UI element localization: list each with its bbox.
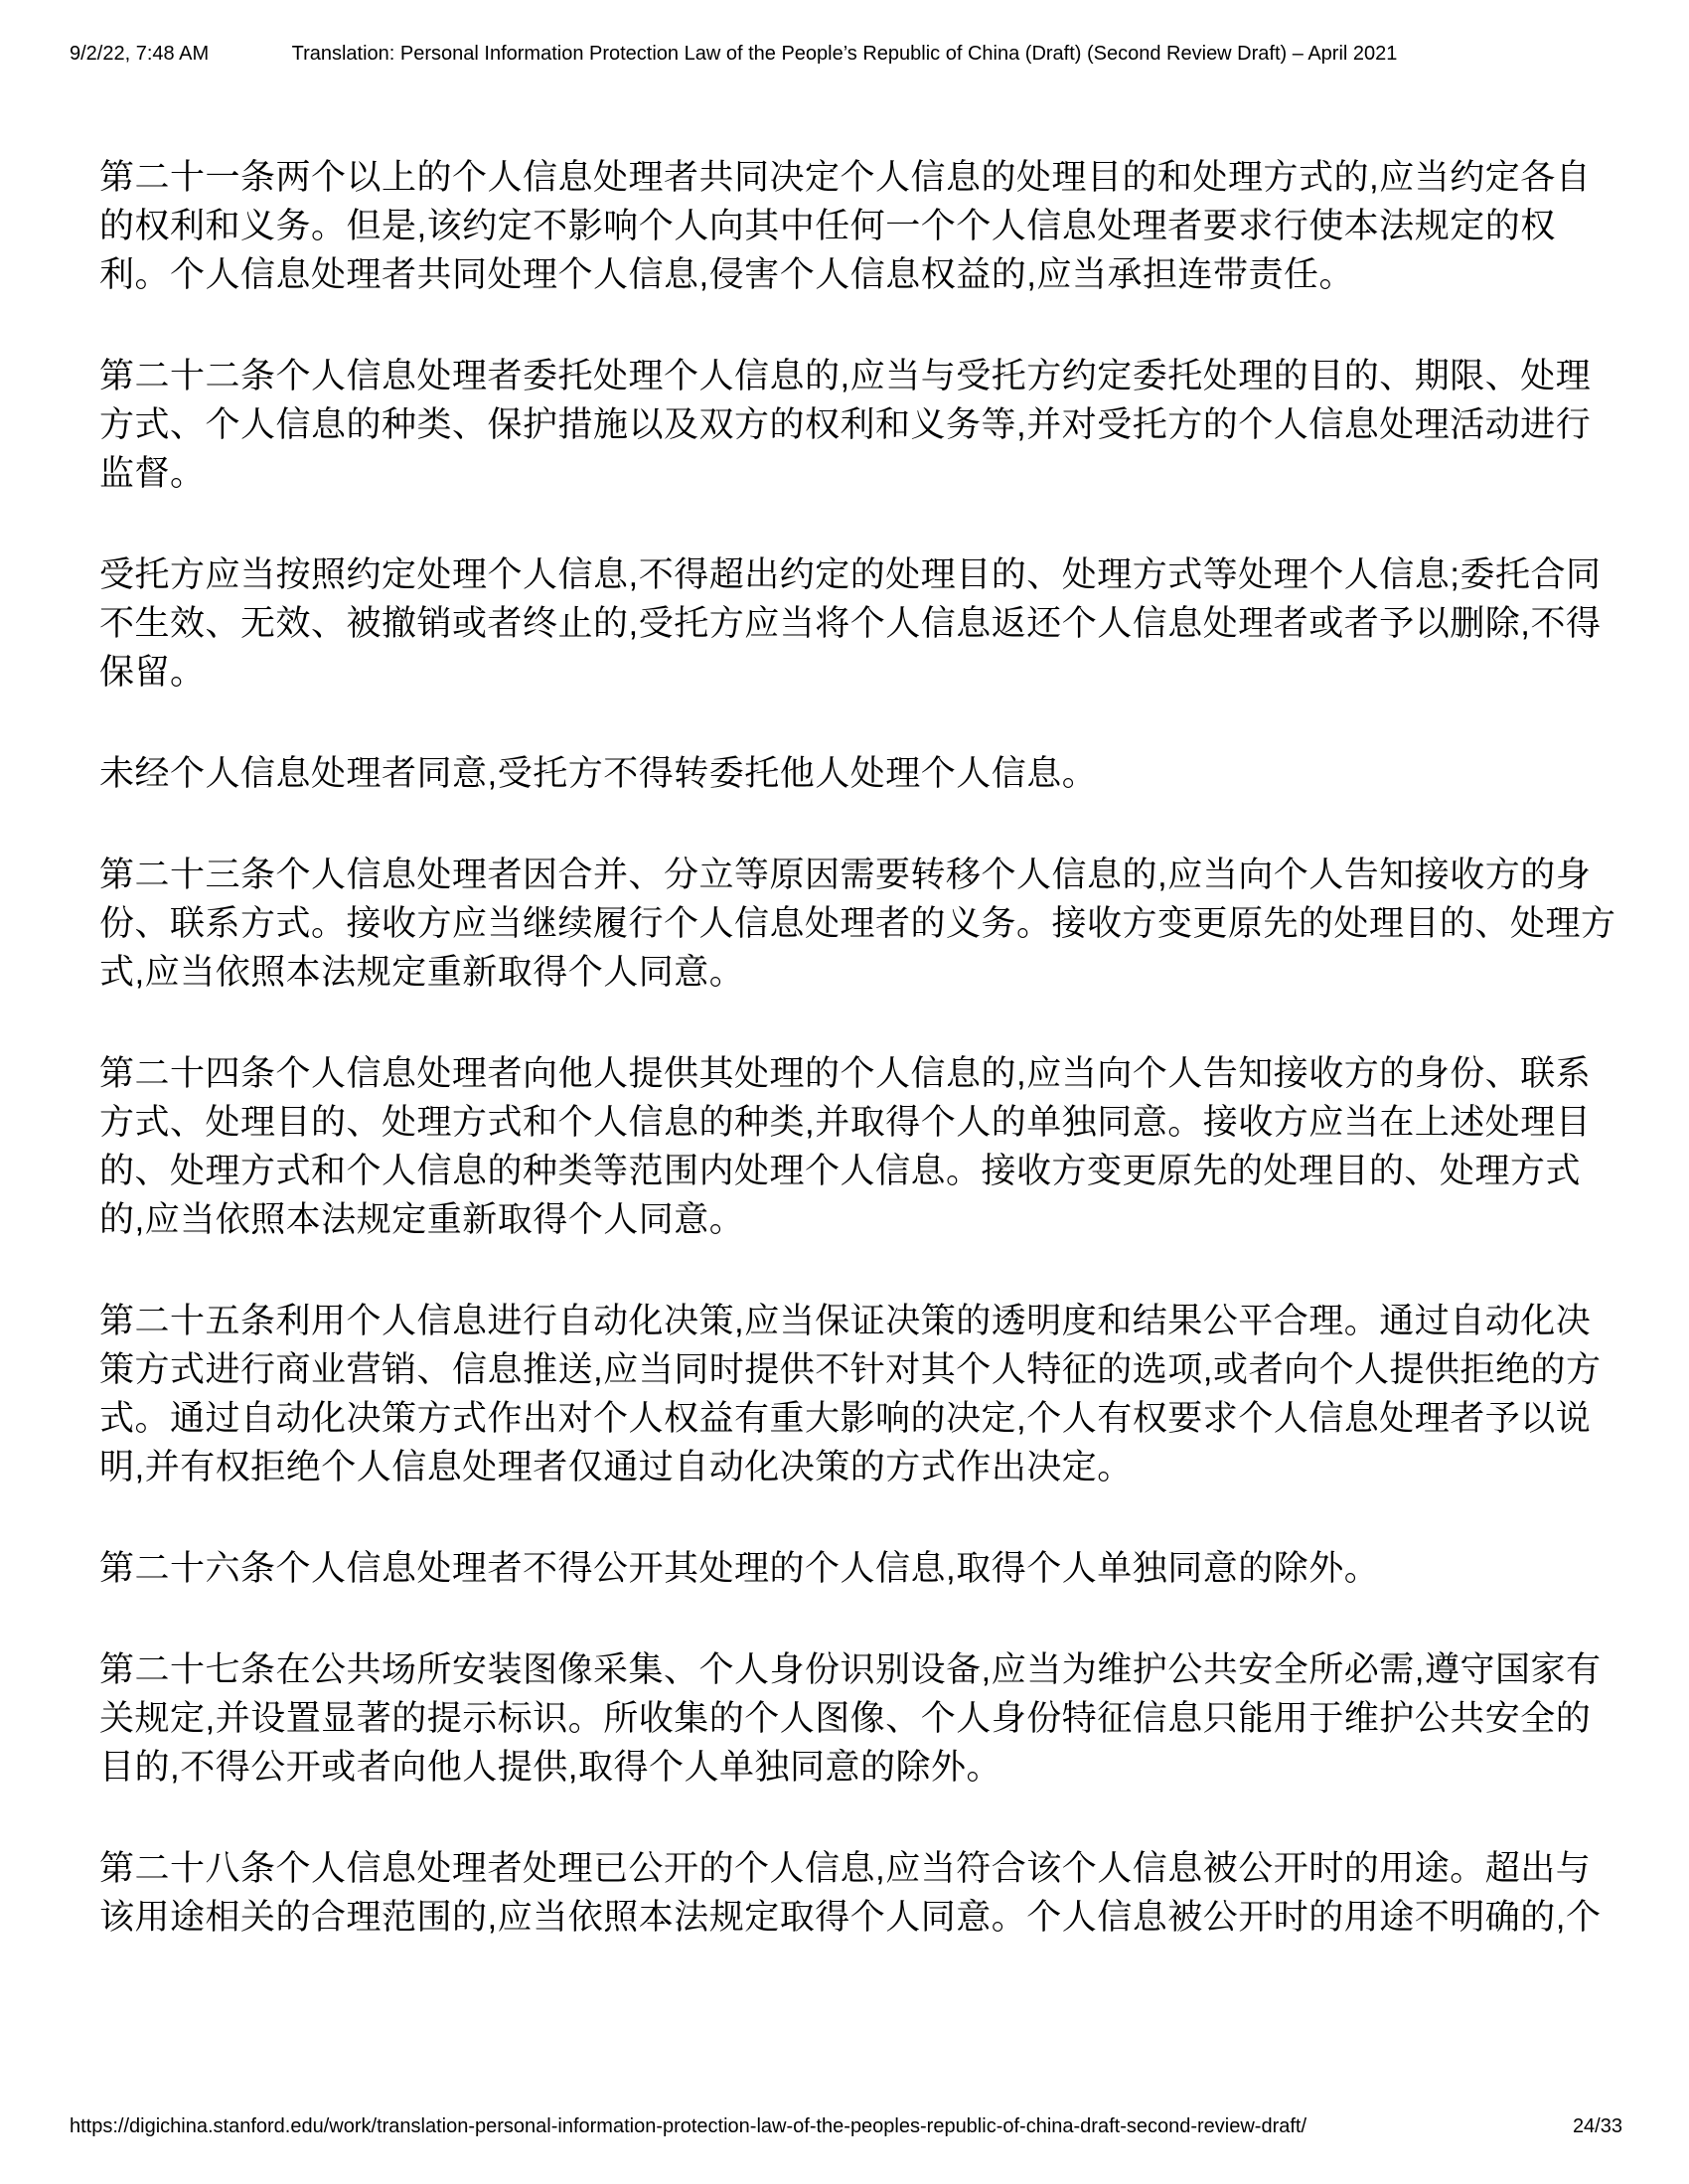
- paragraph-article-22-3: 未经个人信息处理者同意,受托方不得转委托他人处理个人信息。: [99, 749, 1590, 798]
- text-line: 第二十七条在公共场所安装图像采集、个人身份识别设备,应当为维护公共安全所必需,遵…: [99, 1645, 1590, 1694]
- text-line: 第二十四条个人信息处理者向他人提供其处理的个人信息的,应当向个人告知接收方的身份…: [99, 1049, 1590, 1098]
- text-line: 第二十六条个人信息处理者不得公开其处理的个人信息,取得个人单独同意的除外。: [99, 1544, 1590, 1593]
- text-line: 的,应当依照本法规定重新取得个人同意。: [99, 1195, 1590, 1244]
- document-body: 第二十一条两个以上的个人信息处理者共同决定个人信息的处理目的和处理方式的,应当约…: [99, 153, 1590, 1994]
- page-number: 24/33: [1573, 2114, 1622, 2138]
- text-line: 份、联系方式。接收方应当继续履行个人信息处理者的义务。接收方变更原先的处理目的、…: [99, 899, 1590, 948]
- text-line: 的权利和义务。但是,该约定不影响个人向其中任何一个个人信息处理者要求行使本法规定…: [99, 202, 1590, 250]
- text-line: 不生效、无效、被撤销或者终止的,受托方应当将个人信息返还个人信息处理者或者予以删…: [99, 599, 1590, 648]
- paragraph-article-26: 第二十六条个人信息处理者不得公开其处理的个人信息,取得个人单独同意的除外。: [99, 1544, 1590, 1593]
- paragraph-article-27: 第二十七条在公共场所安装图像采集、个人身份识别设备,应当为维护公共安全所必需,遵…: [99, 1645, 1590, 1792]
- text-line: 第二十五条利用个人信息进行自动化决策,应当保证决策的透明度和结果公平合理。通过自…: [99, 1297, 1590, 1345]
- text-line: 第二十八条个人信息处理者处理已公开的个人信息,应当符合该个人信息被公开时的用途。…: [99, 1844, 1590, 1893]
- text-line: 的、处理方式和个人信息的种类等范围内处理个人信息。接收方变更原先的处理目的、处理…: [99, 1147, 1590, 1195]
- source-url: https://digichina.stanford.edu/work/tran…: [70, 2114, 1306, 2138]
- text-line: 式,应当依照本法规定重新取得个人同意。: [99, 948, 1590, 997]
- text-line: 未经个人信息处理者同意,受托方不得转委托他人处理个人信息。: [99, 749, 1590, 798]
- text-line: 第二十二条个人信息处理者委托处理个人信息的,应当与受托方约定委托处理的目的、期限…: [99, 352, 1590, 400]
- text-line: 明,并有权拒绝个人信息处理者仅通过自动化决策的方式作出决定。: [99, 1443, 1590, 1491]
- text-line: 保留。: [99, 648, 1590, 697]
- paragraph-article-24: 第二十四条个人信息处理者向他人提供其处理的个人信息的,应当向个人告知接收方的身份…: [99, 1049, 1590, 1244]
- text-line: 利。个人信息处理者共同处理个人信息,侵害个人信息权益的,应当承担连带责任。: [99, 250, 1590, 299]
- text-line: 该用途相关的合理范围的,应当依照本法规定取得个人同意。个人信息被公开时的用途不明…: [99, 1893, 1590, 1942]
- text-line: 方式、处理目的、处理方式和个人信息的种类,并取得个人的单独同意。接收方应当在上述…: [99, 1098, 1590, 1147]
- print-footer: https://digichina.stanford.edu/work/tran…: [70, 2114, 1622, 2138]
- paragraph-article-28: 第二十八条个人信息处理者处理已公开的个人信息,应当符合该个人信息被公开时的用途。…: [99, 1844, 1590, 1942]
- paragraph-article-22-2: 受托方应当按照约定处理个人信息,不得超出约定的处理目的、处理方式等处理个人信息;…: [99, 550, 1590, 697]
- text-line: 第二十三条个人信息处理者因合并、分立等原因需要转移个人信息的,应当向个人告知接收…: [99, 851, 1590, 899]
- print-timestamp: 9/2/22, 7:48 AM: [70, 42, 209, 66]
- paragraph-article-22-1: 第二十二条个人信息处理者委托处理个人信息的,应当与受托方约定委托处理的目的、期限…: [99, 352, 1590, 498]
- text-line: 式。通过自动化决策方式作出对个人权益有重大影响的决定,个人有权要求个人信息处理者…: [99, 1394, 1590, 1443]
- print-header: 9/2/22, 7:48 AM Translation: Personal In…: [70, 42, 1619, 68]
- text-line: 关规定,并设置显著的提示标识。所收集的个人图像、个人身份特征信息只能用于维护公共…: [99, 1694, 1590, 1743]
- text-line: 策方式进行商业营销、信息推送,应当同时提供不针对其个人特征的选项,或者向个人提供…: [99, 1345, 1590, 1394]
- text-line: 受托方应当按照约定处理个人信息,不得超出约定的处理目的、处理方式等处理个人信息;…: [99, 550, 1590, 599]
- paragraph-article-23: 第二十三条个人信息处理者因合并、分立等原因需要转移个人信息的,应当向个人告知接收…: [99, 851, 1590, 997]
- text-line: 第二十一条两个以上的个人信息处理者共同决定个人信息的处理目的和处理方式的,应当约…: [99, 153, 1590, 202]
- text-line: 目的,不得公开或者向他人提供,取得个人单独同意的除外。: [99, 1743, 1590, 1792]
- page-title: Translation: Personal Information Protec…: [70, 42, 1619, 66]
- text-line: 监督。: [99, 449, 1590, 498]
- paragraph-article-25: 第二十五条利用个人信息进行自动化决策,应当保证决策的透明度和结果公平合理。通过自…: [99, 1297, 1590, 1491]
- text-line: 方式、个人信息的种类、保护措施以及双方的权利和义务等,并对受托方的个人信息处理活…: [99, 400, 1590, 449]
- paragraph-article-21: 第二十一条两个以上的个人信息处理者共同决定个人信息的处理目的和处理方式的,应当约…: [99, 153, 1590, 299]
- printed-page: 9/2/22, 7:48 AM Translation: Personal In…: [0, 0, 1689, 2184]
